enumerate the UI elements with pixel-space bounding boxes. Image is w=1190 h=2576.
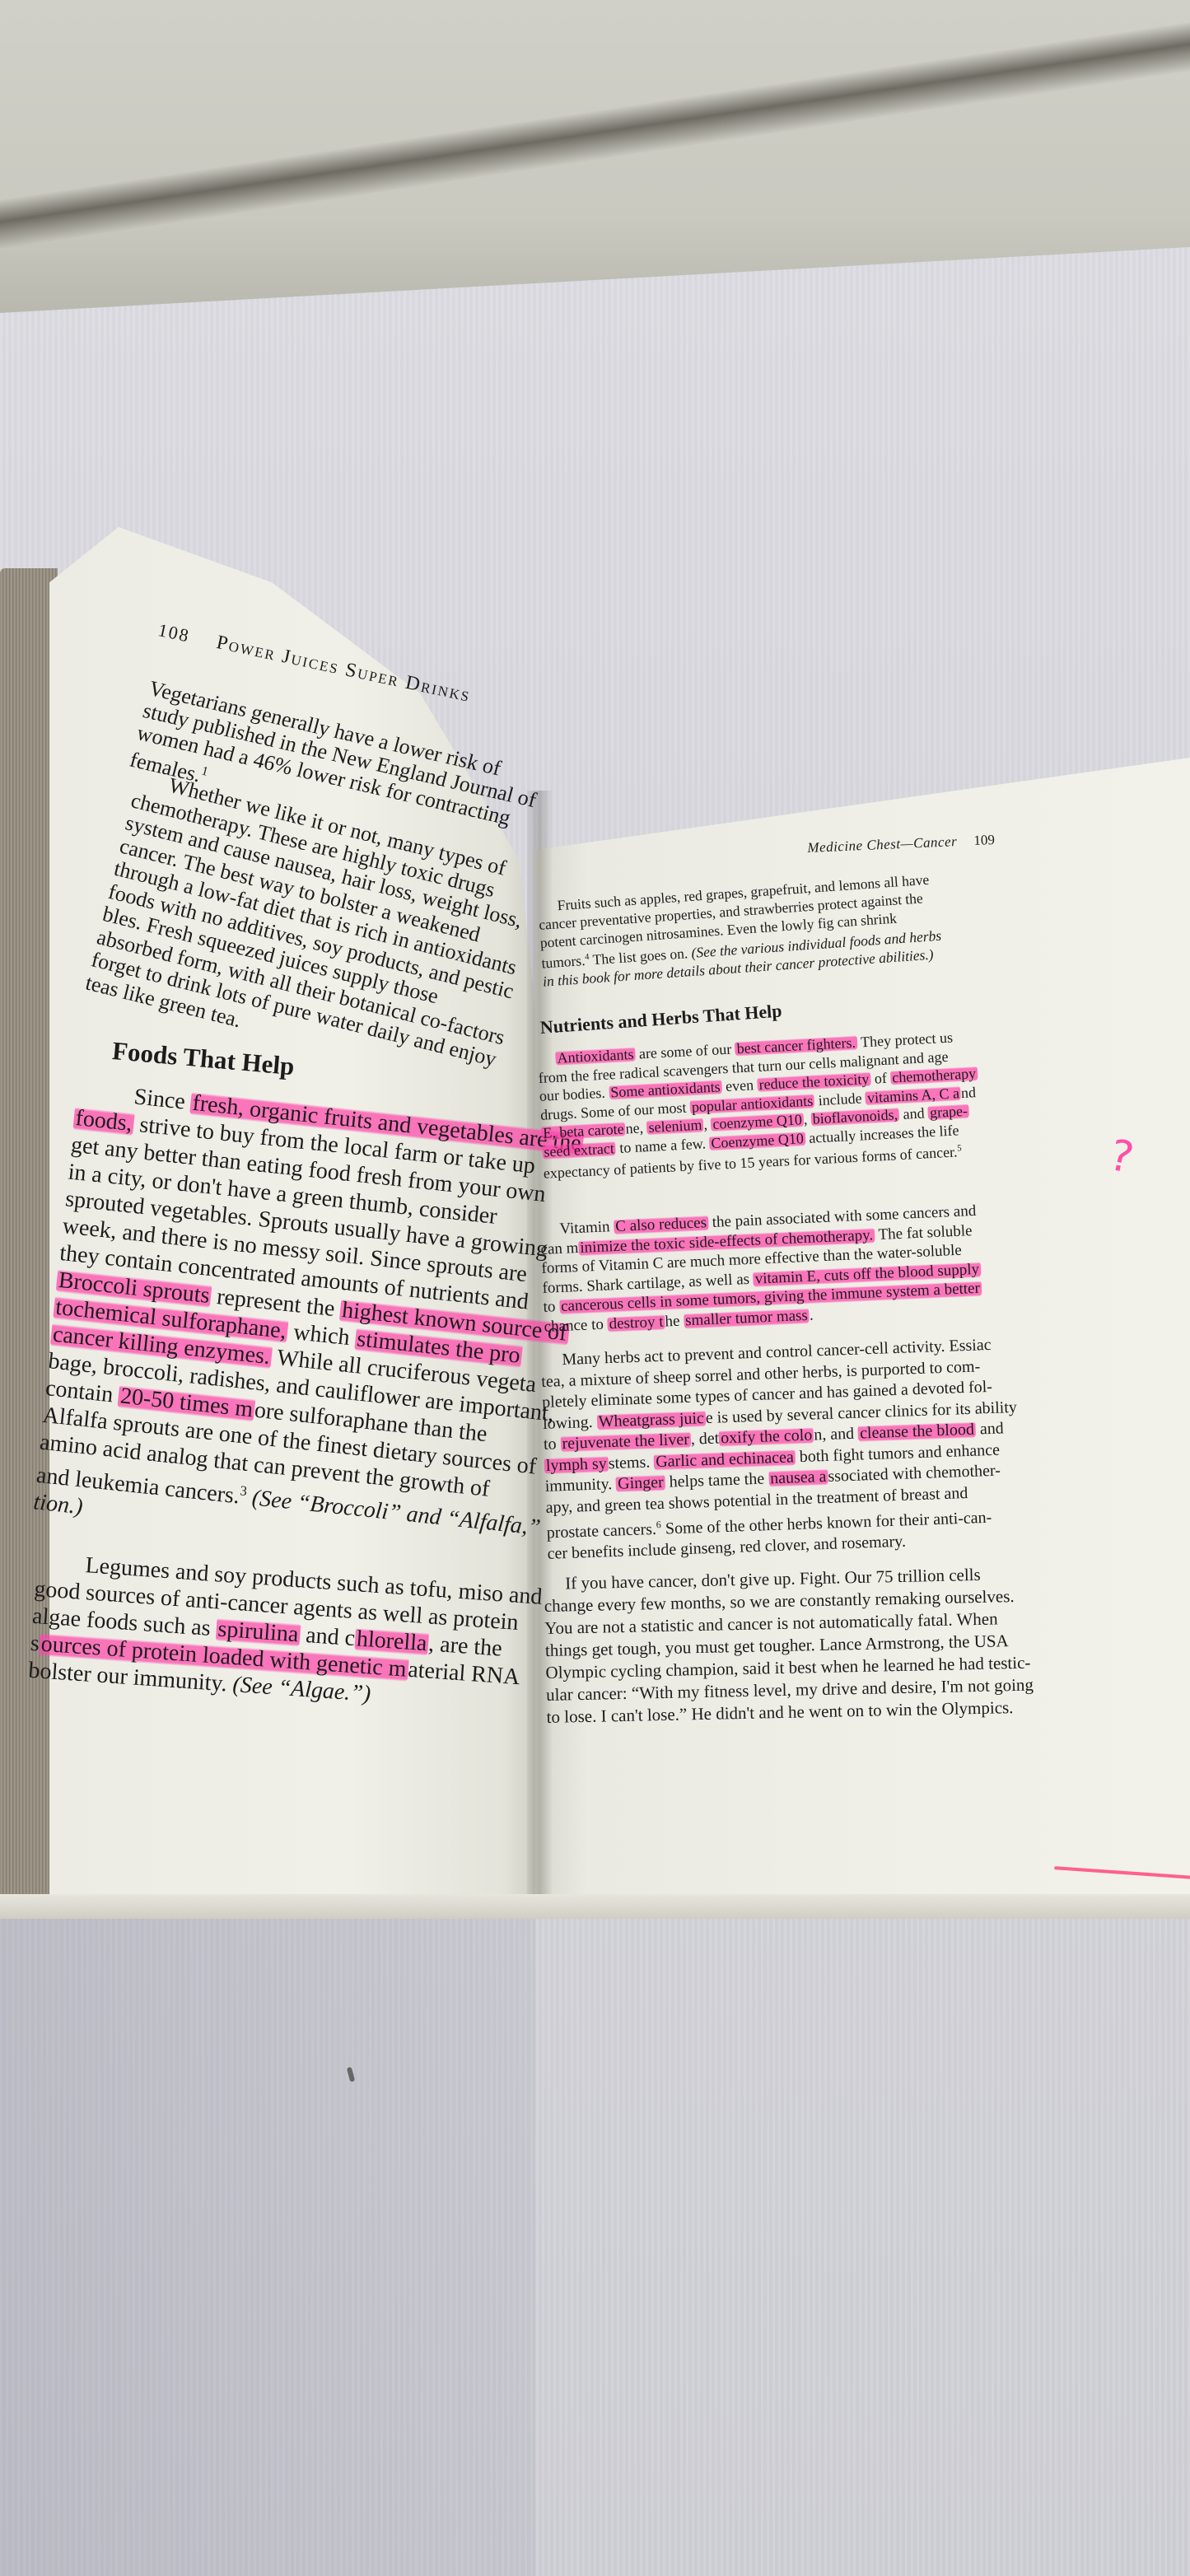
right-page	[535, 758, 1190, 1911]
book-page-stack	[0, 568, 58, 1911]
book-bottom-edge	[0, 1894, 1190, 1919]
fabric-shadow	[0, 1902, 535, 2576]
book-gutter	[527, 791, 552, 1911]
